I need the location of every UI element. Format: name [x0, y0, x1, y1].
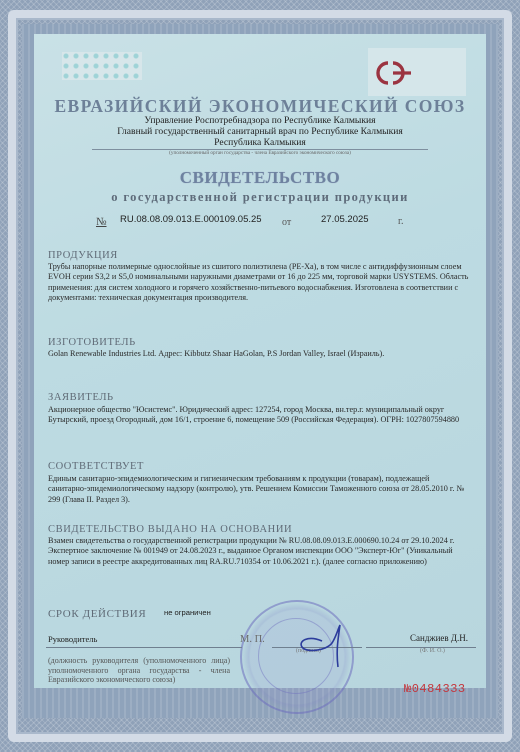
section-body-basis: Взамен свидетельства о государственной р…	[48, 536, 470, 567]
certificate-subtitle: о государственной регистрации продукции	[0, 190, 520, 205]
fio-caption: (Ф. И. О.)	[420, 648, 445, 654]
section-heading-basis: СВИДЕТЕЛЬСТВО ВЫДАНО НА ОСНОВАНИИ	[48, 524, 292, 535]
hologram-strip	[62, 52, 142, 80]
authority-line: Республика Калмыкия	[0, 137, 520, 148]
signer-name: Санджиев Д.Н.	[410, 633, 468, 643]
authority-line: Главный государственный санитарный врач …	[0, 126, 520, 137]
certificate-number: RU.08.08.09.013.E.000109.05.25	[120, 214, 262, 225]
union-title: ЕВРАЗИЙСКИЙ ЭКОНОМИЧЕСКИЙ СОЮЗ	[0, 96, 520, 117]
se-conformity-mark-icon	[371, 58, 421, 88]
handwritten-signature	[292, 615, 352, 675]
section-heading-conforms: СООТВЕТСТВУЕТ	[48, 461, 144, 472]
validity-value: не ограничен	[164, 608, 211, 617]
validity-label: СРОК ДЕЙСТВИЯ	[48, 608, 146, 620]
section-body-conforms: Единым санитарно-эпидемиологическим и ги…	[48, 474, 470, 505]
position-caption: (должность руководителя (уполномоченного…	[48, 656, 230, 685]
certificate-date: 27.05.2025	[321, 214, 369, 225]
section-body-product: Трубы напорные полимерные однослойные из…	[48, 262, 470, 303]
section-heading-applicant: ЗАЯВИТЕЛЬ	[48, 392, 114, 403]
form-serial-number: №0484333	[404, 682, 466, 696]
position-line	[46, 647, 242, 648]
section-body-manufacturer: Golan Renewable Industries Ltd. Адрес: K…	[48, 349, 470, 359]
position-label: Руководитель	[48, 634, 97, 644]
year-suffix: г.	[398, 216, 403, 227]
number-sign: №	[96, 216, 107, 228]
stamp-place-label: М. П.	[240, 634, 265, 645]
section-heading-product: ПРОДУКЦИЯ	[48, 250, 118, 261]
authority-caption: (уполномоченный орган государства - член…	[0, 150, 520, 156]
certificate-title: СВИДЕТЕЛЬСТВО	[0, 168, 520, 188]
section-heading-manufacturer: ИЗГОТОВИТЕЛЬ	[48, 337, 136, 348]
from-label: от	[282, 217, 291, 228]
section-body-applicant: Акционерное общество "Юсистемс". Юридиче…	[48, 405, 470, 426]
authority-line: Управление Роспотребнадзора по Республик…	[0, 115, 520, 126]
